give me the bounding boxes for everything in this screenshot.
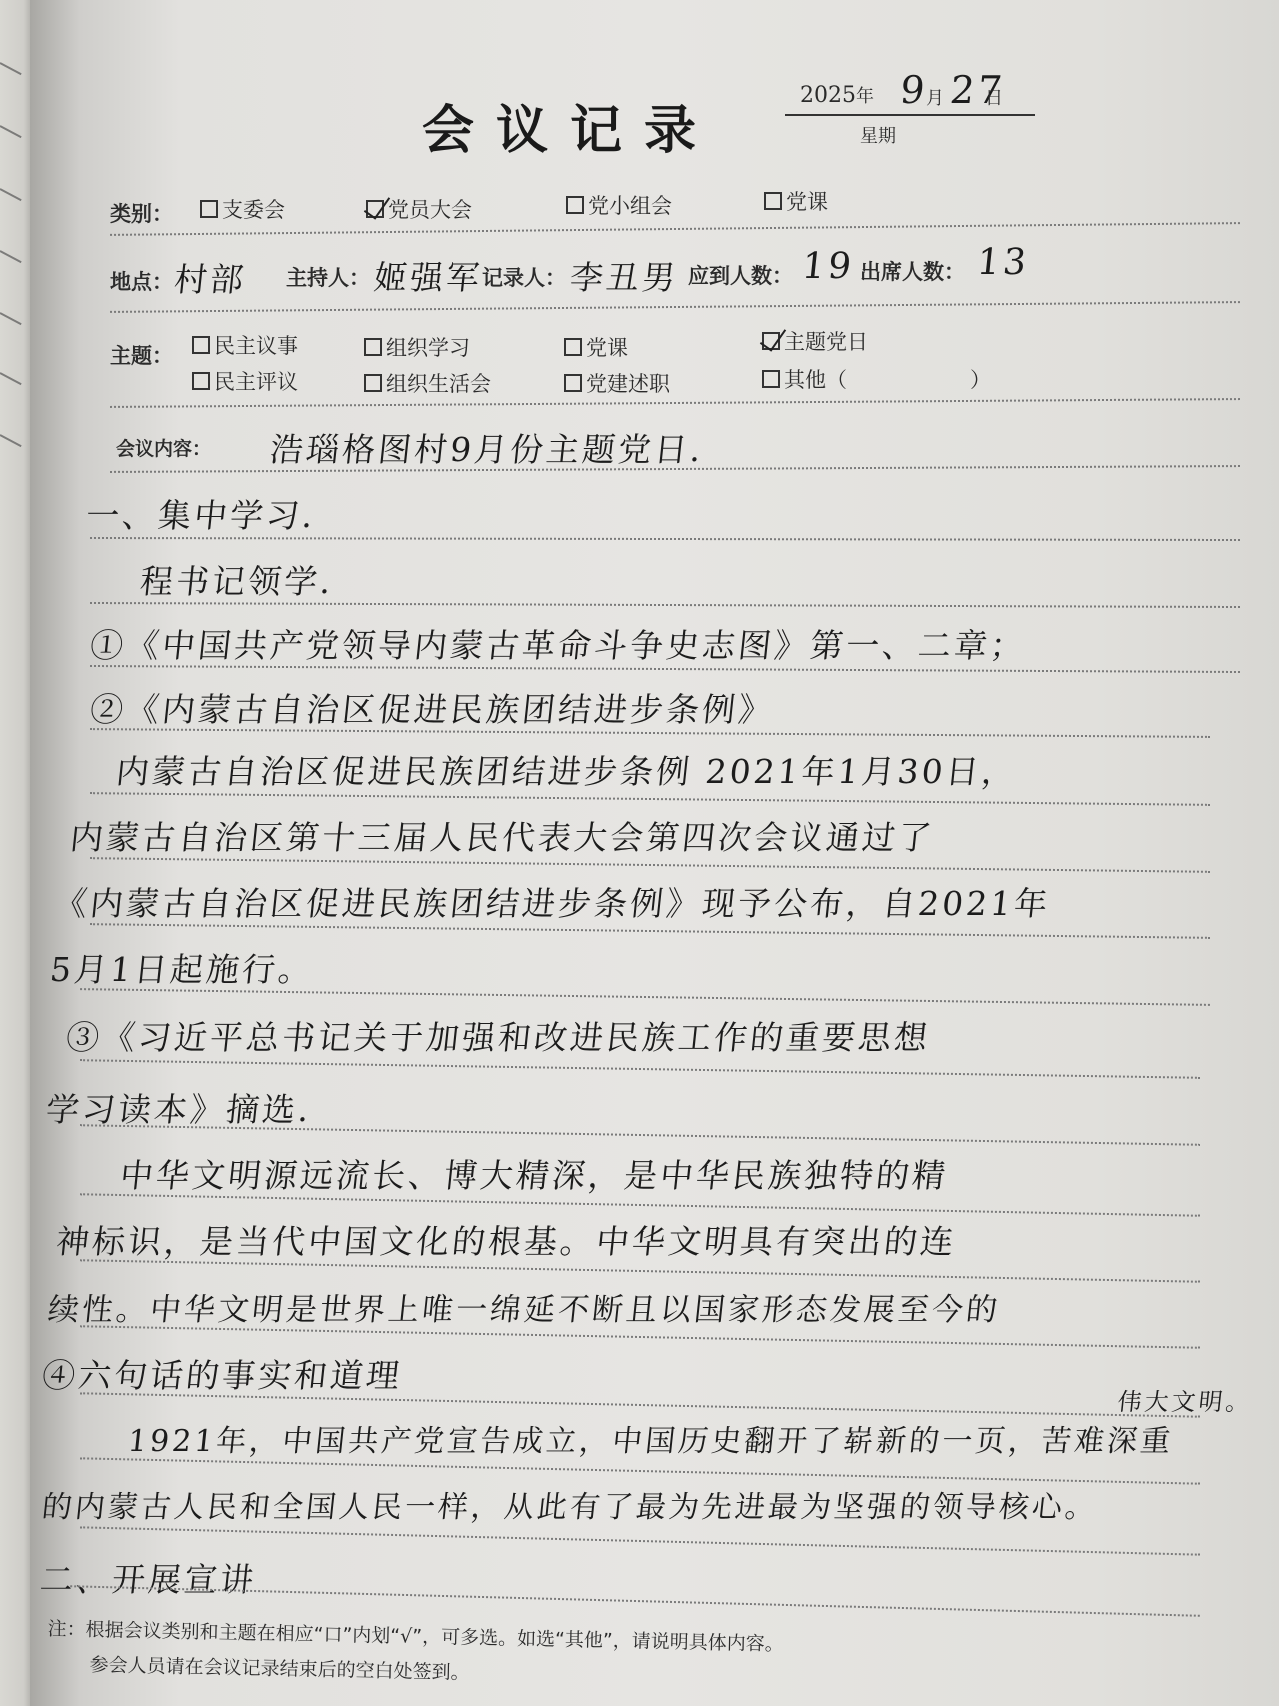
ruled-line: [90, 923, 1210, 939]
ruled-line: [80, 1059, 1200, 1079]
ruled-line: [80, 1392, 1200, 1417]
theme-option-organizational-life-meeting[interactable]: 组织生活会: [364, 368, 491, 398]
checkbox-icon[interactable]: [192, 336, 210, 354]
notes-line: 《内蒙古自治区促进民族团结进步条例》现予公布，自2021年: [52, 878, 1053, 925]
expected-count-value: 19: [800, 246, 856, 287]
prev-page-mark: [0, 372, 22, 385]
notes-line: 内蒙古自治区第十三届人民代表大会第四次会议通过了: [68, 812, 937, 859]
notes-line: ②《内蒙古自治区促进民族团结进步条例》: [88, 684, 777, 731]
notes-line: 程书记领学.: [138, 556, 336, 603]
category-label: 类别：: [110, 198, 173, 228]
checkbox-checked-icon[interactable]: [762, 332, 780, 350]
location-label: 地点：: [110, 266, 173, 296]
checkbox-icon[interactable]: [364, 338, 382, 356]
weekday-label: 星期: [860, 122, 896, 148]
ruled-line: [90, 792, 1210, 806]
notes-line: ①《中国共产党领导内蒙古革命斗争史志图》第一、二章；: [88, 620, 1029, 667]
prev-page-mark: [0, 125, 22, 138]
notes-line: 内蒙古自治区促进民族团结进步条例 2021年1月30日，: [114, 746, 1020, 793]
ruled-line: [80, 1124, 1200, 1146]
date-month-label: 月: [926, 84, 944, 110]
date-year: 2025年: [800, 82, 874, 108]
notes-line: 续性。中华文明是世界上唯一绵延不断且以国家形态发展至今的: [46, 1284, 1003, 1329]
footer-note-line-1: 注：根据会议类别和主题在相应“口”内划“√”，可多选。如选“其他”，请说明具体内…: [47, 1614, 784, 1656]
checkbox-icon[interactable]: [762, 370, 780, 388]
ruled-line: [80, 988, 1210, 1006]
ruled-line: [90, 602, 1240, 608]
theme-option-democratic-deliberation[interactable]: 民主议事: [192, 330, 298, 360]
checkbox-icon[interactable]: [192, 372, 210, 390]
notes-line-margin: 伟大文明。: [1116, 1382, 1255, 1417]
recorder-value: 李丑男: [568, 252, 681, 299]
meeting-content-label: 会议内容：: [116, 434, 211, 461]
theme-option-party-building-report[interactable]: 党建述职: [564, 368, 670, 398]
checkbox-icon[interactable]: [200, 200, 218, 218]
ruled-line: [110, 301, 1240, 313]
date-day-label: 日: [985, 84, 1003, 110]
attended-count-value: 13: [975, 242, 1031, 283]
prev-page-mark: [0, 312, 22, 325]
footer-note-line-2: 参会人员请在会议记录结束后的空白处签到。: [89, 1650, 469, 1685]
checkbox-icon[interactable]: [564, 338, 582, 356]
date-underline: [785, 114, 1035, 116]
ruled-line: [110, 398, 1240, 408]
prev-page-mark: [0, 250, 22, 263]
notes-line: 中华文明源远流长、博大精深，是中华民族独特的精: [118, 1150, 951, 1197]
notes-line: ③《习近平总书记关于加强和改进民族工作的重要思想: [64, 1012, 933, 1059]
meeting-content-value: 浩瑙格图村9月份主题党日.: [268, 424, 706, 471]
host-value: 姬强军: [372, 252, 485, 299]
notes-line: 神标识，是当代中国文化的根基。中华文明具有突出的连: [54, 1216, 959, 1263]
notes-line: 的内蒙古人民和全国人民一样，从此有了最为先进最为坚强的领导核心。: [40, 1482, 1101, 1526]
category-option-party-group-meeting[interactable]: 党小组会: [566, 190, 672, 220]
notes-line: 5月1日起施行。: [48, 944, 317, 991]
recorder-label: 记录人：: [482, 262, 566, 292]
prev-page-mark: [0, 188, 22, 201]
notes-line: ④六句话的事实和道理: [40, 1350, 405, 1397]
ruled-line: [90, 857, 1210, 873]
ruled-line: [80, 1526, 1200, 1555]
location-value: 村部: [172, 254, 249, 301]
theme-option-organized-study[interactable]: 组织学习: [364, 332, 470, 362]
prev-page-mark: [0, 62, 22, 75]
page-title: 会议记录: [422, 88, 718, 163]
category-option-party-member-meeting[interactable]: 党员大会: [366, 194, 472, 224]
checkbox-checked-icon[interactable]: [366, 200, 384, 218]
checkbox-icon[interactable]: [566, 196, 584, 214]
ruled-line: [80, 1457, 1200, 1484]
previous-page-edge: [0, 0, 34, 1706]
theme-option-democratic-review[interactable]: 民主评议: [192, 366, 298, 396]
ruled-line: [110, 222, 1240, 236]
prev-page-mark: [0, 434, 22, 447]
theme-option-theme-party-day[interactable]: 主题党日: [762, 326, 868, 356]
ruled-line: [90, 537, 1240, 541]
expected-count-label: 应到人数：: [688, 260, 793, 290]
theme-other-close: ）: [970, 364, 991, 394]
host-label: 主持人：: [286, 262, 370, 292]
category-option-branch-committee[interactable]: 支委会: [200, 194, 285, 224]
notes-line: 二、开展宣讲: [38, 1554, 259, 1601]
checkbox-icon[interactable]: [564, 374, 582, 392]
theme-option-party-lecture[interactable]: 党课: [564, 332, 628, 362]
checkbox-icon[interactable]: [764, 192, 782, 210]
category-option-party-lecture[interactable]: 党课: [764, 186, 828, 216]
checkbox-icon[interactable]: [364, 374, 382, 392]
theme-option-other[interactable]: 其他（: [762, 364, 847, 394]
theme-label: 主题：: [110, 340, 173, 370]
notes-line: 1921年，中国共产党宣告成立，中国历史翻开了崭新的一页，苦难深重: [126, 1416, 1176, 1460]
ruled-line: [70, 1585, 1200, 1617]
notes-line: 一、集中学习.: [84, 490, 318, 537]
attended-count-label: 出席人数：: [860, 256, 965, 286]
meeting-record-page: 会议记录 2025年 9 月 27 日 星期 类别： 支委会 党员大会 党小组会…: [30, 0, 1279, 1706]
